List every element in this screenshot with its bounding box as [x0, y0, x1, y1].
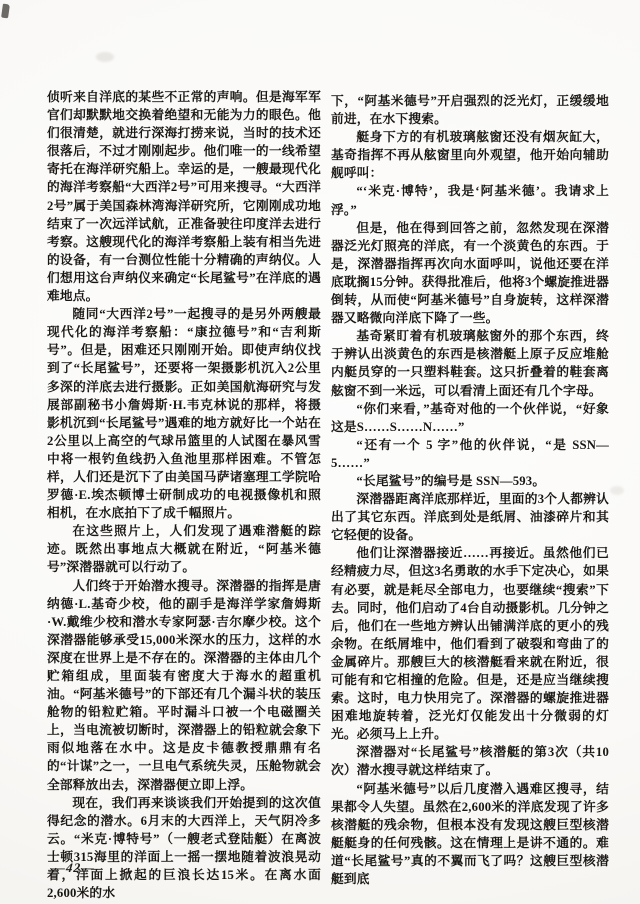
- paragraph: 深潜器对“长尾鲨号”核潜艇的第3次（共10次）潜水搜寻就这样结束了。: [331, 743, 609, 779]
- paragraph: 但是，他在得到回答之前，忽然发现在深潜器泛光灯照亮的洋底，有一个淡黄色的东西。于…: [331, 219, 609, 328]
- paragraph: 基奇紧盯着有机玻璃舷窗外的那个东西，终于辨认出淡黄色的东西是核潜艇上原子反应堆舱…: [331, 327, 609, 399]
- paragraph: “阿基米德号”以后几度潜入遇难区搜寻，结果都令人失望。虽然在2,600米的洋底发…: [331, 780, 609, 889]
- paragraph: 艇身下方的有机玻璃舷窗还没有烟灰缸大，基奇指挥不再从舷窗里向外观望，他开始向辅助…: [331, 128, 609, 182]
- page-number: —42—: [51, 860, 96, 876]
- paragraph: 在这些照片上，人们发现了遇难潜艇的踪迹。既然出事地点大概就在附近，“阿基米德号”…: [47, 522, 321, 576]
- paragraph: 侦听来自洋底的某些不正常的声响。但是海军军官们却默默地交换着绝望和无能为力的眼色…: [47, 88, 321, 305]
- paragraph: “长尾鲨号”的编号是 SSN—593。: [331, 472, 609, 490]
- paragraph: 人们终于开始潜水搜寻。深潜器的指挥是唐纳德·L.基奇少校，他的副手是海洋学家詹姆…: [47, 577, 321, 794]
- scan-smudge: [610, 486, 624, 495]
- paragraph: 现在，我们再来谈谈我们开始提到的这次值得纪念的潜水。6月末的大西洋上，天气阴冷多…: [47, 794, 321, 903]
- paragraph: “你们来看，”基奇对他的一个伙伴说，“好象这是S……S……N……”: [331, 400, 609, 436]
- left-text-column: 侦听来自洋底的某些不正常的声响。但是海军军官们却默默地交换着绝望和无能为力的眼色…: [47, 88, 321, 902]
- scan-speck-corner: [1, 4, 10, 19]
- paragraph: 下，“阿基米德号”开启强烈的泛光灯，正缓缓地前进，在水下搜索。: [331, 92, 609, 128]
- paragraph: 随同“大西洋2号”一起搜寻的是另外两艘最现代化的海洋考察船：“康拉德号”和“吉利…: [47, 305, 321, 522]
- scanned-book-page: 侦听来自洋底的某些不正常的声响。但是海军军官们却默默地交换着绝望和无能为力的眼色…: [0, 0, 640, 904]
- scan-smudge: [96, 52, 114, 62]
- paragraph: “‘米克·博特’，我是‘阿基米德’。我请求上浮。”: [331, 182, 609, 218]
- right-text-column: 下，“阿基米德号”开启强烈的泛光灯，正缓缓地前进，在水下搜索。 艇身下方的有机玻…: [331, 92, 609, 888]
- paragraph: 深潜器距离洋底那样近，里面的3个人都辨认出了其它东西。洋底到处是纸屑、油漆碎片和…: [331, 490, 609, 544]
- paragraph: 他们让深潜器接近……再接近。虽然他们已经精疲力尽，但这3名勇敢的水手下定决心，如…: [331, 544, 609, 743]
- paragraph: “还有一个 5 字”他的伙伴说，“是 SSN—5……”: [331, 436, 609, 472]
